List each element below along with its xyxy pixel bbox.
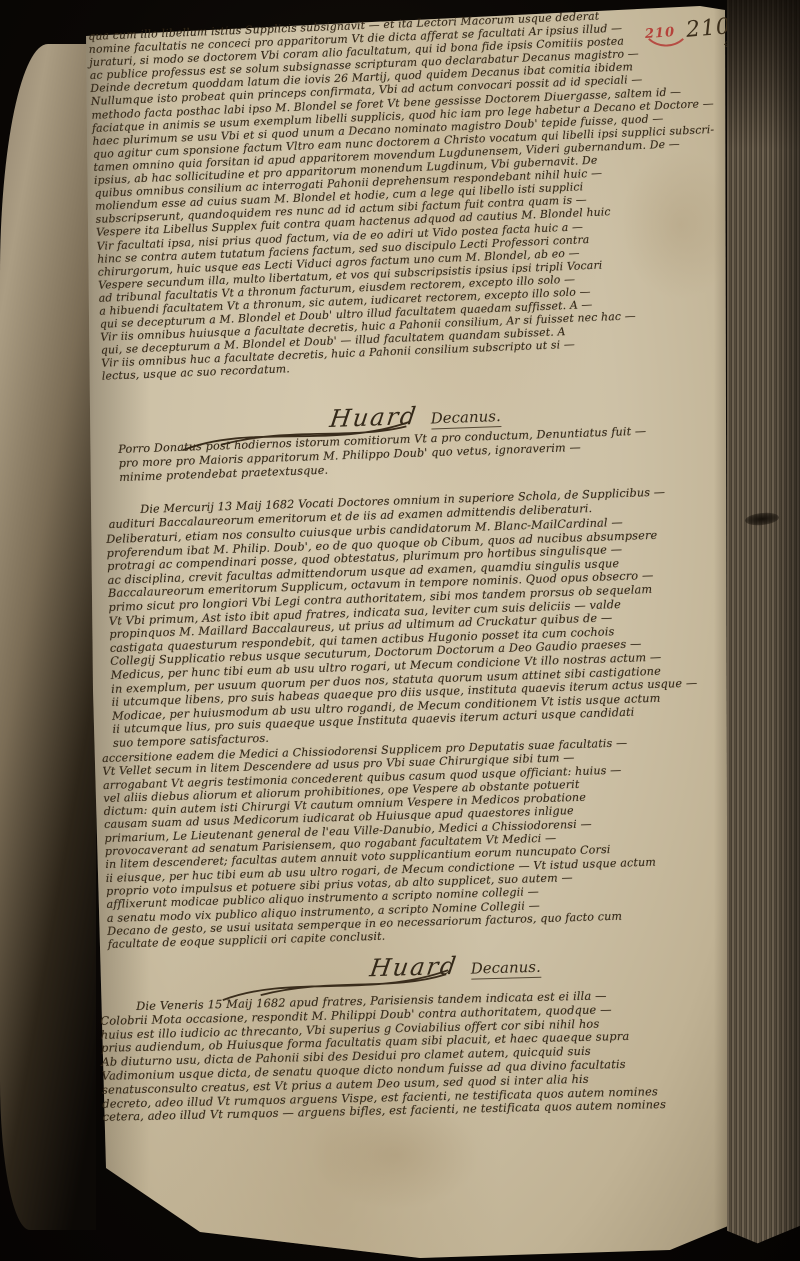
dean-name: Huard xyxy=(328,402,419,433)
facing-page-edge xyxy=(0,44,96,1230)
dean-name: Huard xyxy=(368,952,460,982)
manuscript-photo: 210 210 4 qua cum illo libellum istius S… xyxy=(0,0,800,1261)
entry-block-6: Die Veneris 15 Maij 1682 apud fratres, P… xyxy=(136,988,666,1124)
entry-block-4: Deliberaturi, etiam nos consulto cuiusqu… xyxy=(106,514,699,751)
entry-block-1: qua cum illo libellum istius Supplicis s… xyxy=(88,5,724,383)
dean-signature-heading-2: Huard Decanus. xyxy=(370,950,541,982)
book-fore-edge xyxy=(727,0,800,1261)
dean-title: Decanus. xyxy=(430,407,501,429)
dean-title: Decanus. xyxy=(470,958,541,980)
entry-block-5: accersitione eadem die Medici a Chissiod… xyxy=(102,736,658,952)
dean-signature-heading-1: Huard Decanus. xyxy=(330,399,502,433)
